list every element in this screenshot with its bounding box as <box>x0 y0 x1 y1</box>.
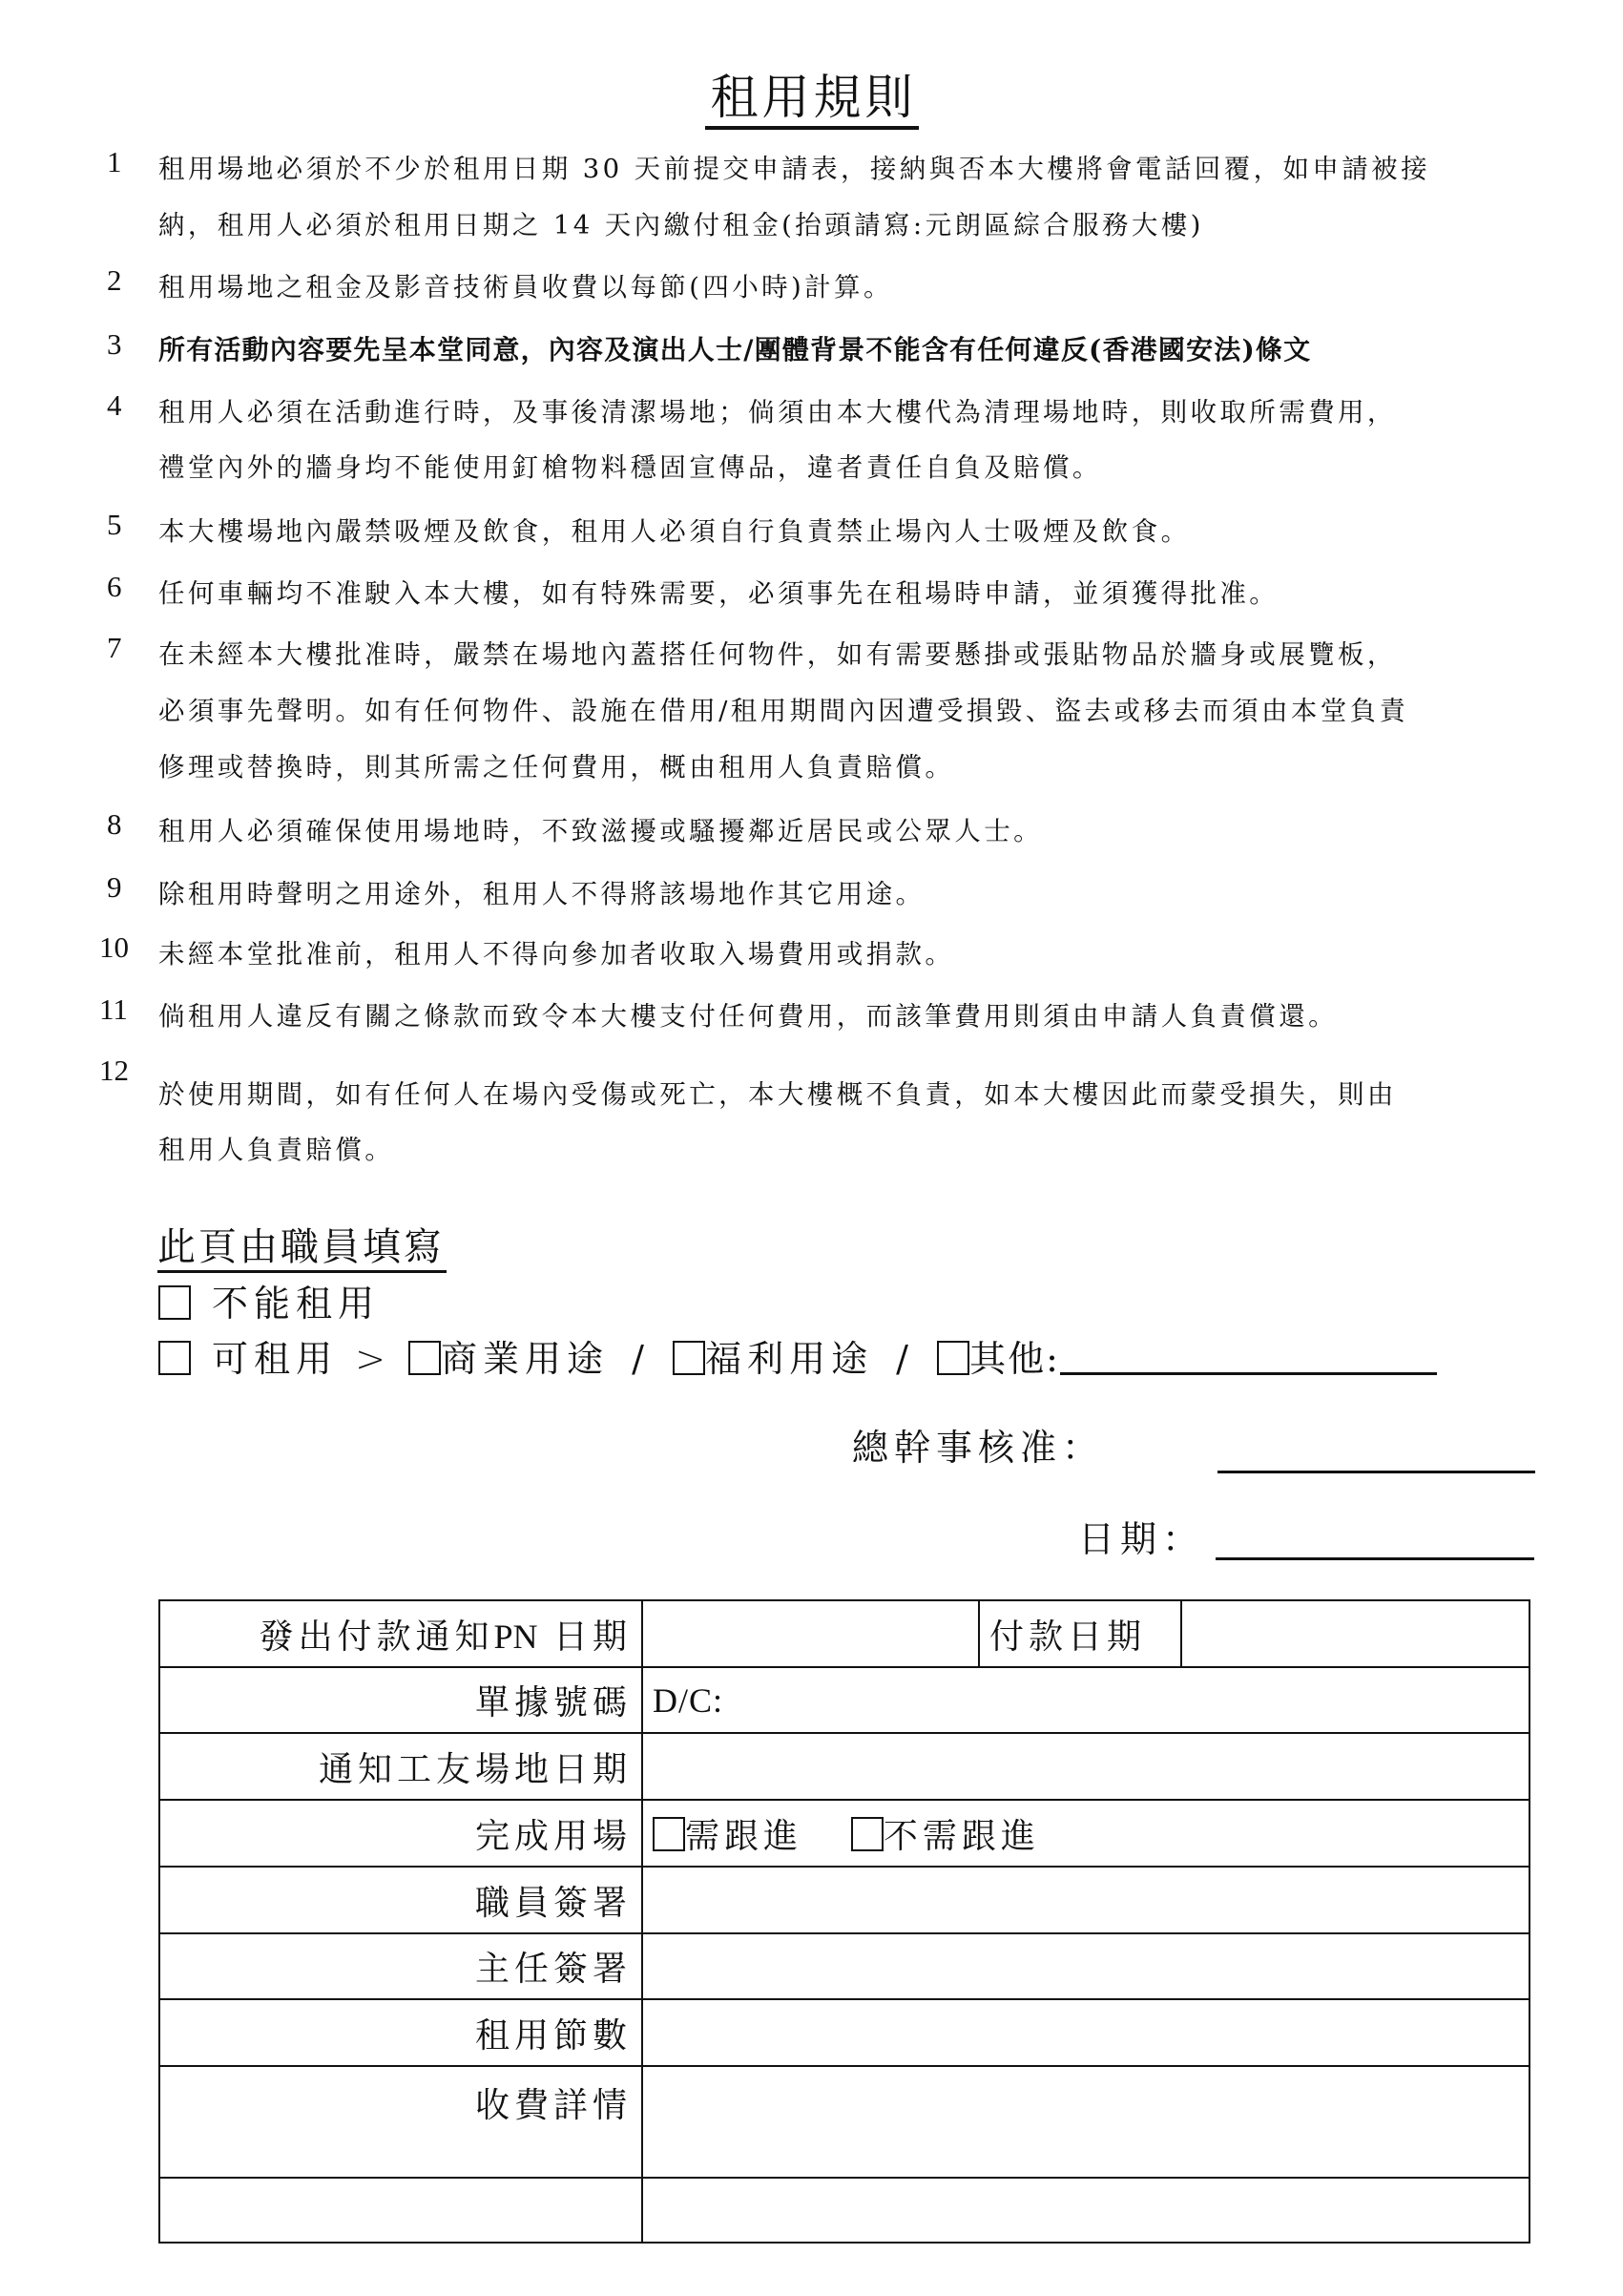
rule-text: 本大樓場地內嚴禁吸煙及飲食，租用人必須自行負責禁止場內人士吸煙及飲食。 <box>158 510 1571 548</box>
payment-date-field[interactable] <box>1181 1600 1529 1667</box>
fee-details-label: 收費詳情 <box>159 2066 642 2178</box>
no-follow-up-checkbox[interactable] <box>851 1817 884 1851</box>
blank-field-cell[interactable] <box>642 2178 1529 2243</box>
follow-up-label: 需跟進 <box>685 1817 802 1856</box>
approval-date-line[interactable] <box>1216 1557 1534 1560</box>
pn-abbr: PN <box>494 1618 538 1656</box>
rule-number: 12 <box>99 1054 137 1088</box>
table-row: 通知工友場地日期 <box>159 1733 1529 1800</box>
rule-number: 9 <box>107 870 145 905</box>
pn-date-label-suffix: 日期 <box>553 1618 632 1657</box>
rule-text: 於使用期間，如有任何人在場內受傷或死亡，本大樓概不負責，如本大樓因此而蒙受損失，… <box>158 1073 1571 1111</box>
rule-text: 必須事先聲明。如有任何物件、設施在借用/租用期間內因遭受損毀、盜去或移去而須由本… <box>158 689 1571 727</box>
table-row: 租用節數 <box>159 1999 1529 2066</box>
rule-text: 倘租用人違反有關之條款而致令本大樓支付任何費用，而該筆費用則須由申請人負責償還。 <box>158 994 1571 1033</box>
commercial-use-label: 商業用途 <box>441 1338 609 1380</box>
rule-number: 3 <box>107 327 145 362</box>
approval-label: 總幹事核准： <box>852 1418 1104 1471</box>
table-row: 職員簽署 <box>159 1867 1529 1933</box>
fee-details-field[interactable] <box>642 2066 1529 2178</box>
page-title-text: 租用規則 <box>705 69 919 130</box>
notify-worker-date-field[interactable] <box>642 1733 1529 1800</box>
rule-number: 5 <box>107 508 145 542</box>
sessions-label: 租用節數 <box>159 1999 642 2066</box>
pn-date-label: 發出付款通知PN 日期 <box>159 1600 642 1667</box>
complete-usage-label: 完成用場 <box>159 1800 642 1867</box>
date-label: 日期： <box>1078 1510 1204 1562</box>
rule-text: 租用場地之租金及影音技術員收費以每節(四小時)計算。 <box>158 265 1571 303</box>
complete-usage-field: 需跟進 不需跟進 <box>642 1800 1529 1867</box>
rule-text: 在未經本大樓批准時，嚴禁在場地內蓋搭任何物件，如有需要懸掛或張貼物品於牆身或展覽… <box>158 633 1571 671</box>
rule-text: 租用場地必須於不少於租用日期 30 天前提交申請表，接納與否本大樓將會電話回覆，… <box>158 147 1571 185</box>
option-not-rentable-row: 不能租用 <box>158 1283 380 1325</box>
rule-number: 8 <box>107 807 145 842</box>
admin-record-table: 發出付款通知PN 日期 付款日期 單據號碼 D/C: 通知工友場地日期 完成用場… <box>158 1599 1530 2244</box>
arrow-icon: > <box>355 1338 391 1380</box>
other-use-label: 其他: <box>969 1338 1060 1380</box>
page-title: 租用規則 <box>0 69 1623 130</box>
blank-label-cell <box>159 2178 642 2243</box>
rule-text: 所有活動內容要先呈本堂同意，內容及演出人士/團體背景不能含有任何違反(香港國安法… <box>158 329 1571 367</box>
notify-worker-date-label: 通知工友場地日期 <box>159 1733 642 1800</box>
rentable-checkbox[interactable] <box>158 1341 191 1375</box>
option-rentable-row: 可租用 > 商業用途 / 福利用途 / 其他: <box>158 1338 1437 1380</box>
receipt-no-label: 單據號碼 <box>159 1667 642 1733</box>
separator: / <box>632 1338 650 1380</box>
other-use-checkbox[interactable] <box>937 1341 969 1375</box>
receipt-no-field[interactable]: D/C: <box>642 1667 1529 1733</box>
separator: / <box>896 1338 914 1380</box>
rule-number: 11 <box>99 992 137 1027</box>
table-row: 單據號碼 D/C: <box>159 1667 1529 1733</box>
other-use-input[interactable] <box>1060 1344 1437 1375</box>
table-row: 收費詳情 <box>159 2066 1529 2178</box>
supervisor-signature-label: 主任簽署 <box>159 1933 642 1999</box>
table-row <box>159 2178 1529 2243</box>
staff-section-heading: 此頁由職員填寫 <box>157 1224 447 1273</box>
rule-number: 6 <box>107 570 145 604</box>
approval-signature-line[interactable] <box>1217 1471 1535 1473</box>
rule-number: 2 <box>107 263 145 298</box>
rule-text: 修理或替換時，則其所需之任何費用，概由租用人負責賠償。 <box>158 745 1571 783</box>
rule-text: 未經本堂批准前，租用人不得向參加者收取入場費用或捐款。 <box>158 932 1571 971</box>
staff-signature-label: 職員簽署 <box>159 1867 642 1933</box>
rule-text: 納，租用人必須於租用日期之 14 天內繳付租金(抬頭請寫:元朗區綜合服務大樓) <box>158 203 1571 241</box>
table-row: 完成用場 需跟進 不需跟進 <box>159 1800 1529 1867</box>
table-row: 發出付款通知PN 日期 付款日期 <box>159 1600 1529 1667</box>
sessions-field[interactable] <box>642 1999 1529 2066</box>
rule-text: 租用人負責賠償。 <box>158 1128 1571 1166</box>
follow-up-checkbox[interactable] <box>653 1817 685 1851</box>
table-row: 主任簽署 <box>159 1933 1529 1999</box>
receipt-no-prefix: D/C: <box>653 1681 723 1720</box>
rentable-label: 可租用 <box>212 1338 338 1380</box>
commercial-use-checkbox[interactable] <box>408 1341 441 1375</box>
welfare-use-label: 福利用途 <box>705 1338 873 1380</box>
payment-date-label: 付款日期 <box>979 1600 1181 1667</box>
staff-signature-field[interactable] <box>642 1867 1529 1933</box>
welfare-use-checkbox[interactable] <box>673 1341 705 1375</box>
rule-number: 4 <box>107 388 145 423</box>
rule-number: 1 <box>107 145 145 179</box>
rule-number: 10 <box>99 930 137 965</box>
rule-text: 租用人必須確保使用場地時，不致滋擾或騷擾鄰近居民或公眾人士。 <box>158 809 1571 847</box>
rule-text: 除租用時聲明之用途外，租用人不得將該場地作其它用途。 <box>158 872 1571 910</box>
not-rentable-checkbox[interactable] <box>158 1285 191 1320</box>
pn-date-field[interactable] <box>642 1600 979 1667</box>
rule-text: 禮堂內外的牆身均不能使用釘槍物料穩固宣傳品，違者責任自負及賠償。 <box>158 446 1571 484</box>
rule-text: 租用人必須在活動進行時，及事後清潔場地；倘須由本大樓代為清理場地時，則收取所需費… <box>158 390 1571 428</box>
not-rentable-label: 不能租用 <box>212 1283 380 1325</box>
rule-number: 7 <box>107 631 145 665</box>
rule-text: 任何車輛均不准駛入本大樓，如有特殊需要，必須事先在租場時申請，並須獲得批准。 <box>158 572 1571 610</box>
pn-date-label-text: 發出付款通知 <box>259 1618 493 1657</box>
supervisor-signature-field[interactable] <box>642 1933 1529 1999</box>
no-follow-up-label: 不需跟進 <box>884 1817 1040 1856</box>
